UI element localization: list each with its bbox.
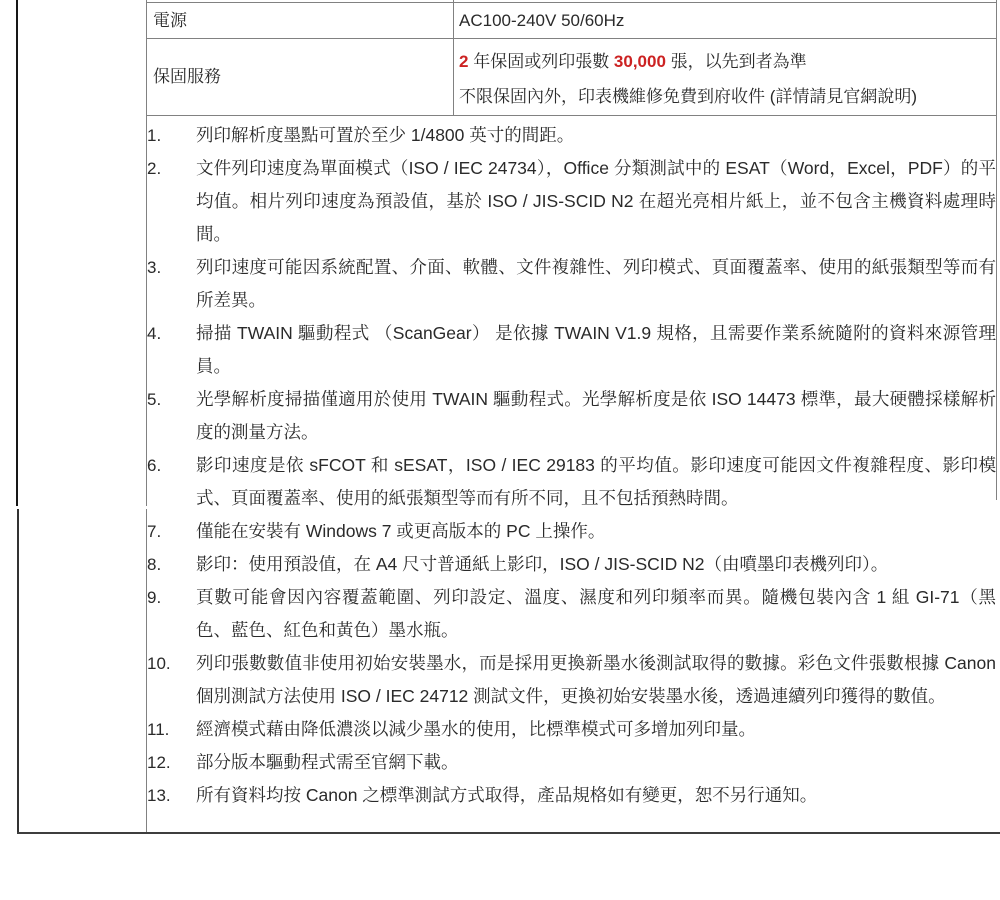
footnote-text: 列印速度可能因系統配置、介面、軟體、文件複雜性、列印模式、頁面覆蓋率、使用的紙張…: [196, 251, 996, 317]
footnote-item: 2.文件列印速度為單面模式（ISO / IEC 24734），Office 分類…: [147, 152, 996, 251]
spec-value-power: AC100-240V 50/60Hz: [459, 10, 624, 32]
footnote-item: 12.部分版本驅動程式需至官網下載。: [147, 746, 996, 779]
page-left-edge-bottom: [17, 509, 19, 833]
footnote-item: 5.光學解析度掃描僅適用於使用 TWAIN 驅動程式。光學解析度是依 ISO 1…: [147, 383, 996, 449]
footnote-item: 9.頁數可能會因內容覆蓋範圍、列印設定、溫度、濕度和列印頻率而異。隨機包裝內含 …: [147, 581, 996, 647]
footnote-number: 7.: [147, 515, 196, 548]
footnote-number: 2.: [147, 152, 196, 185]
footnote-number: 10.: [147, 647, 196, 680]
footnote-text: 文件列印速度為單面模式（ISO / IEC 24734），Office 分類測試…: [196, 152, 996, 251]
footnote-text: 掃描 TWAIN 驅動程式 （ScanGear） 是依據 TWAIN V1.9 …: [196, 317, 996, 383]
footnote-number: 12.: [147, 746, 196, 779]
footnote-list: 1.列印解析度墨點可置於至少 1/4800 英寸的間距。2.文件列印速度為單面模…: [147, 119, 996, 812]
footnote-number: 3.: [147, 251, 196, 284]
footnote-text: 列印解析度墨點可置於至少 1/4800 英寸的間距。: [196, 119, 996, 152]
footnote-text: 列印張數數值非使用初始安裝墨水，而是採用更換新墨水後測試取得的數據。彩色文件張數…: [196, 647, 996, 713]
footnote-item: 3.列印速度可能因系統配置、介面、軟體、文件複雜性、列印模式、頁面覆蓋率、使用的…: [147, 251, 996, 317]
spec-value-warranty: 2 年保固或列印張數 30,000 張，以先到者為準不限保固內外，印表機維修免費…: [459, 44, 989, 114]
table-row-divider-warranty: [146, 115, 997, 116]
footnote-item: 8.影印：使用預設值，在 A4 尺寸普通紙上影印，ISO / JIS-SCID …: [147, 548, 996, 581]
footnote-text: 所有資料均按 Canon 之標準測試方式取得，產品規格如有變更，恕不另行通知。: [196, 779, 996, 812]
footnote-item: 7.僅能在安裝有 Windows 7 或更高版本的 PC 上操作。: [147, 515, 996, 548]
footnote-item: 13.所有資料均按 Canon 之標準測試方式取得，產品規格如有變更，恕不另行通…: [147, 779, 996, 812]
footnote-text: 部分版本驅動程式需至官網下載。: [196, 746, 996, 779]
footnote-number: 9.: [147, 581, 196, 614]
footnote-item: 10.列印張數數值非使用初始安裝墨水，而是採用更換新墨水後測試取得的數據。彩色文…: [147, 647, 996, 713]
warranty-line-2: 不限保固內外，印表機維修免費到府收件 (詳情請見官網說明): [459, 79, 989, 114]
footnote-number: 11.: [147, 713, 196, 746]
footnote-text: 僅能在安裝有 Windows 7 或更高版本的 PC 上操作。: [196, 515, 996, 548]
spec-sheet-page: 電源 AC100-240V 50/60Hz 保固服務 2 年保固或列印張數 30…: [0, 0, 1000, 900]
page-left-edge-top: [16, 0, 18, 506]
footnote-item: 1.列印解析度墨點可置於至少 1/4800 英寸的間距。: [147, 119, 996, 152]
footnote-number: 1.: [147, 119, 196, 152]
spec-label-power: 電源: [153, 10, 187, 32]
table-column-divider: [453, 0, 454, 115]
footnote-number: 5.: [147, 383, 196, 416]
footnote-number: 4.: [147, 317, 196, 350]
warranty-text: 年保固或列印張數: [468, 52, 613, 71]
warranty-line-1: 2 年保固或列印張數 30,000 張，以先到者為準: [459, 44, 989, 79]
warranty-highlight: 30,000: [614, 52, 666, 71]
footnote-text: 影印：使用預設值，在 A4 尺寸普通紙上影印，ISO / JIS-SCID N2…: [196, 548, 996, 581]
footnote-number: 13.: [147, 779, 196, 812]
footnote-text: 光學解析度掃描僅適用於使用 TWAIN 驅動程式。光學解析度是依 ISO 144…: [196, 383, 996, 449]
footnote-item: 11.經濟模式藉由降低濃淡以減少墨水的使用，比標準模式可多增加列印量。: [147, 713, 996, 746]
spec-label-warranty: 保固服務: [153, 66, 221, 88]
footnote-text: 影印速度是依 sFCOT 和 sESAT，ISO / IEC 29183 的平均…: [196, 449, 996, 515]
footnote-text: 經濟模式藉由降低濃淡以減少墨水的使用，比標準模式可多增加列印量。: [196, 713, 996, 746]
table-border-right: [996, 0, 997, 500]
footnote-number: 8.: [147, 548, 196, 581]
table-row-divider-top: [146, 2, 997, 3]
warranty-text: 不限保固內外，印表機維修免費到府收件 (詳情請見官網說明): [459, 87, 917, 106]
footnote-item: 4.掃描 TWAIN 驅動程式 （ScanGear） 是依據 TWAIN V1.…: [147, 317, 996, 383]
footnote-text: 頁數可能會因內容覆蓋範圍、列印設定、溫度、濕度和列印頻率而異。隨機包裝內含 1 …: [196, 581, 996, 647]
page-bottom-rule: [17, 832, 1000, 834]
footnote-item: 6.影印速度是依 sFCOT 和 sESAT，ISO / IEC 29183 的…: [147, 449, 996, 515]
warranty-text: 張，以先到者為準: [666, 52, 807, 71]
footnote-number: 6.: [147, 449, 196, 482]
table-row-divider-power: [146, 38, 997, 39]
